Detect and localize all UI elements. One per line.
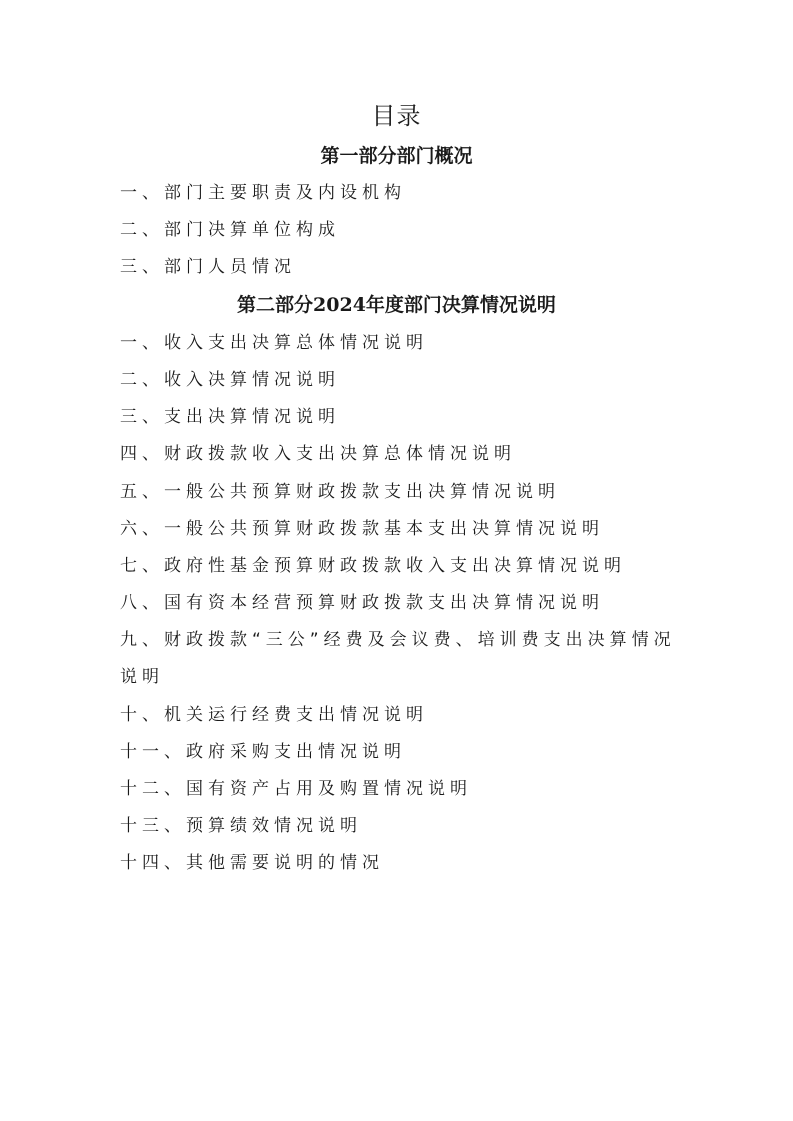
toc-item[interactable]: 四、财政拨款收入支出决算总体情况说明 bbox=[120, 442, 516, 466]
toc-item[interactable]: 十三、预算绩效情况说明 bbox=[120, 814, 362, 838]
toc-item[interactable]: 一、收入支出决算总体情况说明 bbox=[120, 331, 428, 355]
toc-item-continuation[interactable]: 说明 bbox=[120, 665, 164, 689]
document-page: 目录 第一部分部门概况 一、部门主要职责及内设机构 二、部门决算单位构成 三、部… bbox=[0, 0, 793, 1121]
toc-item[interactable]: 五、一般公共预算财政拨款支出决算情况说明 bbox=[120, 480, 560, 504]
toc-item[interactable]: 十、机关运行经费支出情况说明 bbox=[120, 703, 428, 727]
part2-heading: 第二部分2024年度部门决算情况说明 bbox=[0, 292, 793, 318]
toc-item[interactable]: 一、部门主要职责及内设机构 bbox=[120, 181, 406, 205]
toc-item[interactable]: 十四、其他需要说明的情况 bbox=[120, 851, 384, 875]
toc-item[interactable]: 三、部门人员情况 bbox=[120, 255, 296, 279]
toc-item[interactable]: 三、支出决算情况说明 bbox=[120, 405, 340, 429]
toc-item[interactable]: 六、一般公共预算财政拨款基本支出决算情况说明 bbox=[120, 517, 604, 541]
toc-title: 目录 bbox=[0, 100, 793, 132]
toc-item[interactable]: 二、部门决算单位构成 bbox=[120, 218, 340, 242]
toc-item[interactable]: 七、政府性基金预算财政拨款收入支出决算情况说明 bbox=[120, 554, 626, 578]
toc-item[interactable]: 十二、国有资产占用及购置情况说明 bbox=[120, 777, 472, 801]
toc-item[interactable]: 十一、政府采购支出情况说明 bbox=[120, 740, 406, 764]
part1-heading: 第一部分部门概况 bbox=[0, 143, 793, 169]
toc-item[interactable]: 九、财政拨款“三公”经费及会议费、培训费支出决算情况 bbox=[120, 628, 676, 652]
toc-item[interactable]: 二、收入决算情况说明 bbox=[120, 368, 340, 392]
toc-item[interactable]: 八、国有资本经营预算财政拨款支出决算情况说明 bbox=[120, 591, 604, 615]
